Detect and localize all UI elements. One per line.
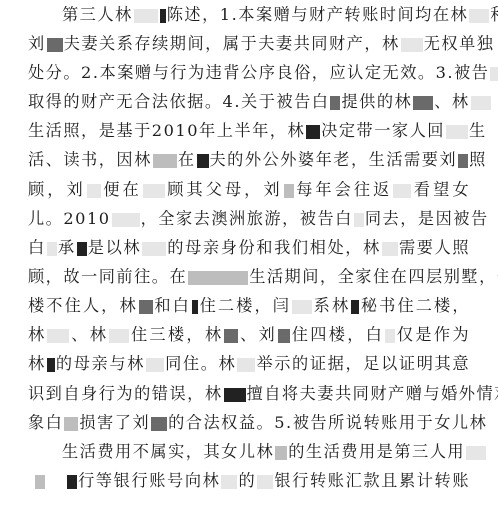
- redaction-block: [197, 154, 209, 168]
- redaction-block: [112, 213, 140, 227]
- redaction-block: [224, 388, 246, 402]
- redaction-block: [257, 475, 273, 489]
- line-text: 举示的证据，足以证明其意: [256, 354, 470, 373]
- line-text: 、刘: [239, 325, 277, 344]
- redaction-block: [160, 9, 166, 23]
- redaction-block: [292, 300, 312, 314]
- line-text: ，全家去澳洲旅游，被告白: [141, 209, 353, 228]
- line-text: 活、读书，因林: [28, 150, 152, 169]
- redaction-block: [221, 475, 237, 489]
- line-text: 同住。林: [165, 354, 236, 373]
- text-line-8: 儿。2010，全家去澳洲旅游，被告白同去，是因被告: [28, 208, 470, 230]
- line-text: 是以林: [88, 238, 142, 257]
- redaction-block: [47, 38, 63, 52]
- redaction-block: [393, 184, 411, 198]
- line-text: 无权单独: [424, 34, 495, 53]
- redaction-block: [77, 242, 87, 256]
- text-line-5: 生活照，是基于2010年上半年，林决定带一家人回生: [28, 120, 470, 142]
- redaction-block: [469, 9, 489, 23]
- line-text: 银行转账汇款且累计转账: [274, 471, 470, 490]
- redaction-block: [35, 475, 45, 489]
- document-page: 第三人林陈述，1.本案赠与财产转账时间均在林和 刘夫妻关系存续期间，属于夫妻共同…: [0, 0, 498, 510]
- line-text: 损害了刘: [79, 413, 150, 432]
- redaction-block: [413, 96, 433, 110]
- line-text: 陈述，1.本案赠与财产转账时间均在林: [167, 5, 468, 24]
- text-line-9: 白承是以林的母亲身份和我们相处，林需要人照: [28, 237, 470, 259]
- redaction-block: [466, 446, 486, 460]
- line-text: 和: [490, 5, 498, 24]
- line-text: 在: [178, 150, 196, 169]
- line-text: 提供的林: [341, 92, 412, 111]
- line-text: 第三人林: [62, 5, 133, 24]
- line-text: 秘书住二楼，: [360, 296, 470, 315]
- redaction-block: [446, 125, 468, 139]
- redaction-block: [354, 213, 364, 227]
- redaction-block: [134, 9, 158, 23]
- redaction-block: [351, 300, 359, 314]
- redaction-block: [47, 242, 57, 256]
- text-line-16: 生活费用不属实，其女儿林的生活费用是第三人用: [62, 441, 470, 463]
- text-line-12: 林、林住三楼，林、刘住四楼，白仅是作为: [28, 324, 470, 346]
- redaction-block: [275, 446, 287, 460]
- line-text: 住三楼，林: [130, 325, 223, 344]
- redaction-block: [146, 358, 164, 372]
- text-line-6: 活、读书，因林在夫的外公外婆年老，生活需要刘照: [28, 149, 470, 171]
- redaction-gap: [47, 475, 65, 489]
- line-text: 仅是作为: [396, 325, 470, 344]
- line-text: 便在: [102, 180, 142, 199]
- line-text: 生活期间，全家住在四层别墅，一: [249, 267, 498, 286]
- line-text: 、林: [434, 92, 469, 111]
- redaction-block: [109, 329, 129, 343]
- line-text: 顾，故一同前往。在: [28, 267, 187, 286]
- redaction-block: [284, 184, 294, 198]
- redaction-block: [151, 417, 167, 431]
- redaction-block: [192, 300, 198, 314]
- line-text: 刘: [28, 34, 46, 53]
- redaction-block: [188, 271, 248, 285]
- text-line-10: 顾，故一同前往。在生活期间，全家住在四层别墅，一: [28, 266, 470, 288]
- line-text: 的母亲与林: [56, 354, 145, 373]
- line-text: 照: [469, 150, 487, 169]
- line-text: 顾，刘: [28, 180, 86, 199]
- redaction-block: [47, 358, 55, 372]
- line-text: 住四楼，白: [291, 325, 384, 344]
- line-text: 象白: [28, 413, 63, 432]
- line-text: 取得的财产无合法依据。4.关于被告白: [28, 92, 329, 111]
- text-line-11: 楼不住人，林和白住二楼，闫系林秘书住二楼，: [28, 295, 470, 317]
- text-line-1: 第三人林陈述，1.本案赠与财产转账时间均在林和: [62, 4, 470, 26]
- redaction-block: [142, 242, 166, 256]
- redaction-block: [278, 329, 290, 343]
- line-text: 生活照，是基于2010年上半年，林: [28, 121, 305, 140]
- redaction-block: [385, 329, 395, 343]
- redaction-block: [47, 329, 69, 343]
- line-text: 顾其父母，刘: [166, 180, 283, 199]
- line-text: 的母亲身份和我们相处，林: [167, 238, 381, 257]
- line-text: 、林: [70, 325, 108, 344]
- line-text: 的生活费用是第三人用: [288, 442, 465, 461]
- line-text: 生活费用不属实，其女儿林: [62, 442, 274, 461]
- line-text: 的合法权益。5.被告所说转账用于女儿林: [168, 413, 487, 432]
- line-text: 楼不住人，林: [28, 296, 138, 315]
- text-line-17: 行等银行账号向林的银行转账汇款且累计转账: [34, 470, 470, 492]
- redaction-block: [143, 184, 165, 198]
- line-text: 擅自将夫妻共同财产赠与婚外情对: [247, 384, 498, 403]
- line-text: 白: [28, 238, 46, 257]
- redaction-block: [67, 475, 77, 489]
- line-text: 系林: [313, 296, 350, 315]
- line-text: 承: [58, 238, 76, 257]
- line-text: 行等银行账号向林: [78, 471, 220, 490]
- line-text: 每年会往返: [295, 180, 393, 199]
- line-text: 决定带一家人回: [321, 121, 445, 140]
- text-line-4: 取得的财产无合法依据。4.关于被告白提供的林、林: [28, 91, 470, 113]
- redaction-block: [490, 67, 498, 81]
- text-line-13: 林的母亲与林同住。林举示的证据，足以证明其意: [28, 353, 470, 375]
- line-text: 林: [28, 354, 46, 373]
- line-text: 和白: [154, 296, 191, 315]
- redaction-block: [382, 242, 398, 256]
- redaction-block: [471, 96, 491, 110]
- line-text: 的: [238, 471, 256, 490]
- line-text: 林: [28, 325, 46, 344]
- line-text: 处分。2.本案赠与行为违背公序良俗，应认定无效。3.被告: [28, 63, 489, 82]
- redaction-block: [64, 417, 78, 431]
- line-text: 需要人照: [399, 238, 470, 257]
- redaction-block: [401, 38, 423, 52]
- redaction-block: [224, 329, 238, 343]
- line-text: 生: [469, 121, 487, 140]
- line-text: 夫的外公外婆年老，生活需要刘: [210, 150, 458, 169]
- redaction-block: [237, 358, 255, 372]
- redaction-block: [153, 154, 177, 168]
- line-text: 儿。2010: [28, 209, 111, 228]
- redaction-block: [330, 96, 340, 110]
- line-text: 住二楼，闫: [199, 296, 291, 315]
- text-line-14: 识到自身行为的错误，林擅自将夫妻共同财产赠与婚外情对: [28, 383, 470, 405]
- redaction-block: [87, 184, 101, 198]
- line-text: 看望女: [412, 180, 470, 199]
- redaction-block: [306, 125, 320, 139]
- redaction-block: [458, 154, 468, 168]
- line-text: 夫妻关系存续期间，属于夫妻共同财产，林: [64, 34, 400, 53]
- text-line-15: 象白损害了刘的合法权益。5.被告所说转账用于女儿林: [28, 412, 470, 434]
- text-line-7: 顾，刘便在顾其父母，刘每年会往返看望女: [28, 179, 470, 201]
- text-line-2: 刘夫妻关系存续期间，属于夫妻共同财产，林无权单独: [28, 33, 470, 55]
- line-text: 识到自身行为的错误，林: [28, 384, 223, 403]
- text-line-3: 处分。2.本案赠与行为违背公序良俗，应认定无效。3.被告: [28, 62, 470, 84]
- line-text: 同去，是因被告: [365, 209, 489, 228]
- redaction-block: [139, 300, 153, 314]
